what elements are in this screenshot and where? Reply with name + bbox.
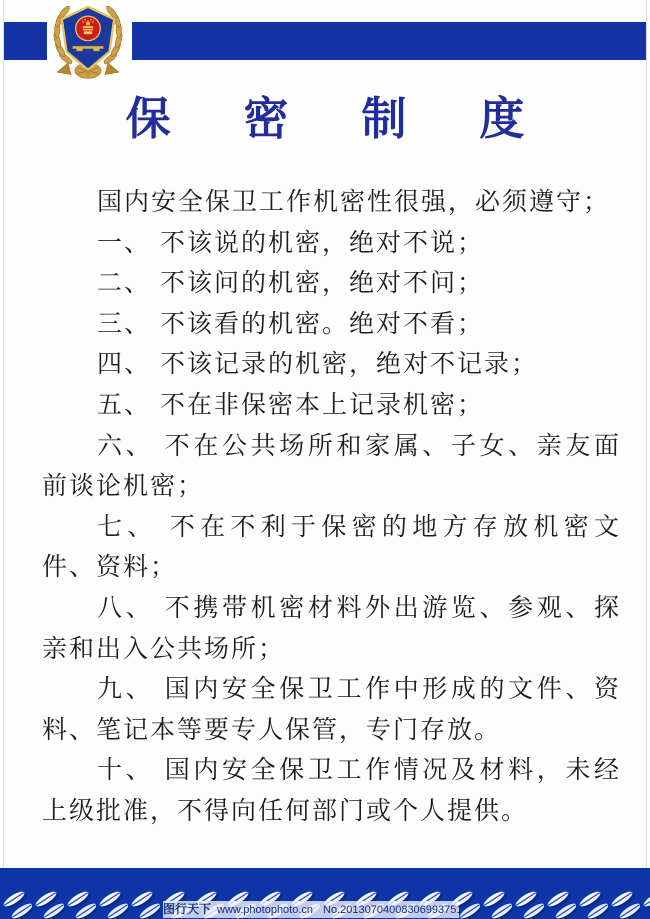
text-line: 料、笔记本等要专人保管，专门存放。	[42, 710, 620, 751]
text-line: 国内安全保卫工作机密性很强，必须遵守；	[42, 182, 620, 223]
watermark: 图行天下www.photophoto.cnNo.2013070400830699…	[163, 901, 459, 918]
text-line: 六、 不在公共场所和家属、子女、亲友面	[42, 426, 620, 467]
text-line: 件、资料；	[42, 547, 620, 588]
text-line: 八、 不携带机密材料外出游览、参观、探	[42, 588, 620, 629]
text-line: 亲和出入公共场所；	[42, 629, 620, 670]
bottom-bar: 图行天下www.photophoto.cnNo.2013070400830699…	[0, 868, 650, 919]
watermark-url: www.photophoto.cn	[217, 904, 313, 916]
text-line: 九、 国内安全保卫工作中形成的文件、资	[42, 669, 620, 710]
text-line: 五、 不在非保密本上记录机密；	[42, 385, 620, 426]
watermark-serial: No.20130704008306993751	[323, 904, 462, 916]
page-title: 保密制度	[0, 86, 650, 152]
text-line: 七、 不在不利于保密的地方存放机密文	[42, 507, 620, 548]
top-bar-left-segment	[4, 22, 47, 60]
text-line: 上级批准，不得向任何部门或个人提供。	[42, 791, 620, 832]
top-bar-right-segment	[132, 22, 646, 60]
body-text: 国内安全保卫工作机密性很强，必须遵守；一、 不该说的机密，绝对不说；二、 不该问…	[42, 182, 620, 832]
text-line: 三、 不该看的机密。绝对不看；	[42, 304, 620, 345]
text-line: 四、 不该记录的机密，绝对不记录；	[42, 344, 620, 385]
text-line: 前谈论机密；	[42, 466, 620, 507]
watermark-site-name: 图行天下	[163, 902, 211, 916]
text-line: 一、 不该说的机密，绝对不说；	[42, 223, 620, 264]
text-line: 二、 不该问的机密，绝对不问；	[42, 263, 620, 304]
poster-page: 保密制度 国内安全保卫工作机密性很强，必须遵守；一、 不该说的机密，绝对不说；二…	[0, 0, 650, 919]
police-badge-icon	[49, 3, 127, 83]
text-line: 十、 国内安全保卫工作情况及材料，未经	[42, 750, 620, 791]
